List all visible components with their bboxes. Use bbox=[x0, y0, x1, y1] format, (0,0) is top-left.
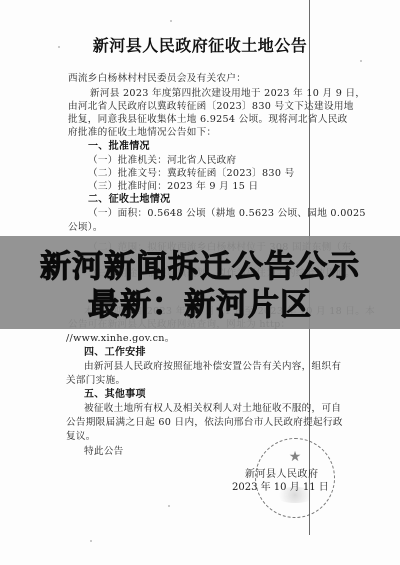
section-heading: 二、征收土地情况 bbox=[88, 194, 170, 206]
section-line: （三）批准时间：2023 年 9 月 15 日 bbox=[88, 181, 258, 193]
section-line: 复议。 bbox=[66, 431, 96, 443]
section-line: 关部门实施。 bbox=[66, 375, 125, 387]
section-line: （一）批准机关：河北省人民政府 bbox=[88, 155, 236, 167]
section-line: 公告期限届满之日起 60 日内，依法向邢台市人民政府提起行政 bbox=[66, 417, 343, 429]
document-title: 新河县人民政府征收土地公告 bbox=[0, 33, 400, 56]
banner-subheadline: 最新：新河片区 bbox=[0, 287, 400, 323]
scan-speck bbox=[90, 540, 92, 542]
section-heading: 四、工作安排 bbox=[84, 347, 146, 359]
scan-speck bbox=[168, 505, 170, 507]
scan-speck bbox=[360, 60, 362, 62]
scanned-notice-page: 新河县人民政府征收土地公告 西流乡白杨林村村民委员会及有关农户： 新河县 202… bbox=[0, 0, 400, 565]
closing-remark: 特此公告 bbox=[84, 446, 124, 458]
section-line: （二）批准文号：冀政转征函〔2023〕830 号 bbox=[88, 168, 294, 180]
scan-speck bbox=[170, 20, 172, 22]
intro-line: 府批准的征收土地情况公告如下： bbox=[68, 127, 216, 139]
section-line: 由新河县人民政府按照征地补偿安置公告有关内容，组织有 bbox=[84, 361, 341, 373]
section-heading: 一、批准情况 bbox=[88, 141, 150, 153]
website-url: //www.xinhe.gov.cn。 bbox=[66, 333, 175, 345]
section-line: 被征收土地所有权人及相关权利人对土地征收不服的，可自 bbox=[84, 403, 341, 415]
section-line: （一）面积：0.5648 公顷（耕地 0.5623 公顷、园地 0.0025 bbox=[88, 208, 366, 220]
intro-line: 批复，同意我县征收集体土地 6.9254 公顷。现将河北省人民政 bbox=[68, 114, 348, 126]
seal-star-icon: ★ bbox=[289, 449, 302, 465]
signing-date: 2023 年 10 月 11 日 bbox=[232, 478, 329, 493]
section-heading: 五、其他事项 bbox=[84, 389, 146, 401]
section-line: 公顷）。 bbox=[68, 222, 103, 234]
intro-line: 新河县 2023 年度第四批次建设用地于 2023 年 10 月 9 日， bbox=[90, 88, 365, 100]
addressee: 西流乡白杨林村村民委员会及有关农户： bbox=[68, 73, 246, 85]
intro-line: 由河北省人民政府以冀政转征函〔2023〕830 号文下达建设用地 bbox=[68, 101, 354, 113]
headline-banner: 新河新闻拆迁公告公示 最新：新河片区 bbox=[0, 236, 400, 329]
banner-headline: 新河新闻拆迁公告公示 bbox=[0, 249, 400, 285]
